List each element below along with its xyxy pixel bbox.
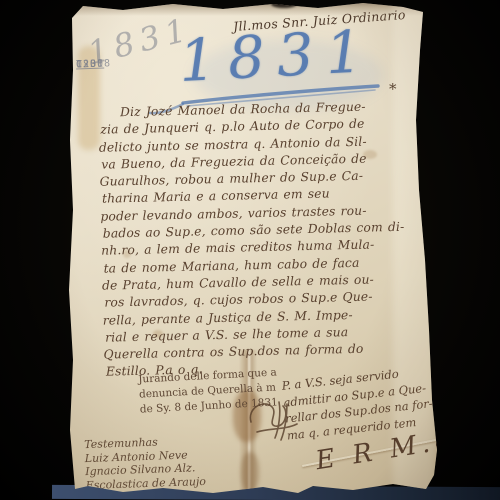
manuscript-page: TJS 1ºOF Cx008 0231 1831 1831 Jll.mos Sn… (63, 0, 441, 497)
photo-background: TJS 1ºOF Cx008 0231 1831 1831 Jll.mos Sn… (0, 0, 500, 500)
paper-vignette (63, 0, 441, 497)
